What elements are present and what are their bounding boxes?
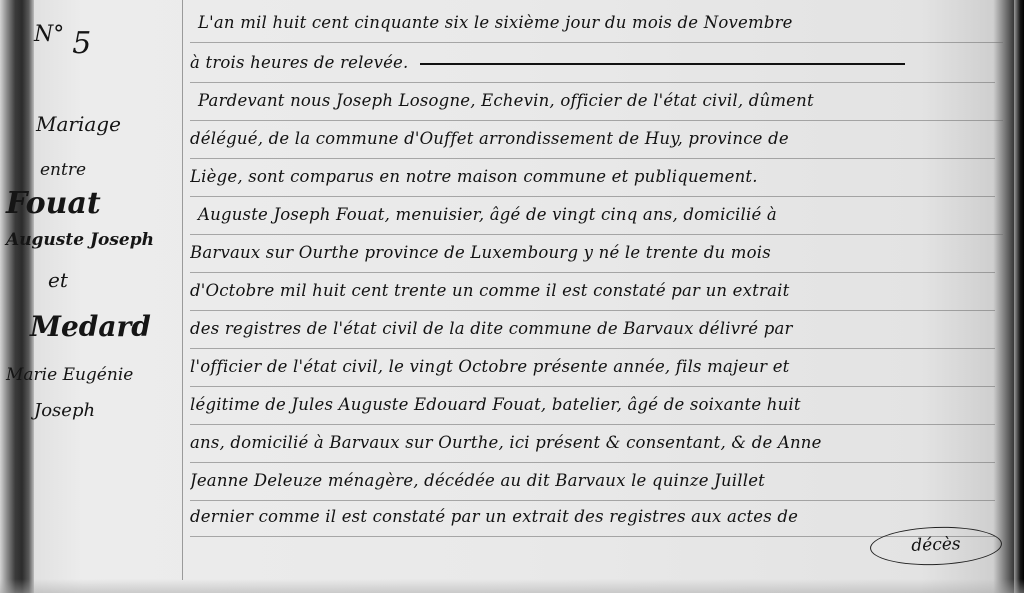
- margin-column: N°5 Mariage entre Fouat Auguste Joseph e…: [0, 0, 180, 593]
- margin-rule-line: [182, 0, 183, 580]
- document-page: N°5 Mariage entre Fouat Auguste Joseph e…: [0, 0, 1024, 593]
- record-line-9: des registres de l'état civil de la dite…: [190, 312, 995, 349]
- record-line-8: d'Octobre mil huit cent trente un comme …: [190, 274, 995, 311]
- act-number-label: N°: [34, 22, 64, 47]
- record-line-3: Pardevant nous Joseph Losogne, Echevin, …: [190, 84, 1003, 121]
- act-number: N°5: [34, 14, 91, 49]
- line-fill-rule: [420, 63, 905, 65]
- record-line-14: dernier comme il est constaté par un ext…: [190, 500, 995, 537]
- bride-given-names-2: Joseph: [34, 400, 95, 421]
- record-line-11: légitime de Jules Auguste Edouard Fouat,…: [190, 388, 995, 425]
- record-body: L'an mil huit cent cinquante six le sixi…: [190, 0, 1000, 593]
- bride-given-names: Marie Eugénie: [6, 365, 133, 385]
- record-line-12: ans, domicilié à Barvaux sur Ourthe, ici…: [190, 426, 995, 463]
- margin-entre: entre: [40, 160, 86, 180]
- record-line-2-text: à trois heures de relevée.: [190, 53, 408, 72]
- record-line-2: à trois heures de relevée.: [190, 46, 995, 83]
- groom-surname: Fouat: [6, 186, 101, 221]
- record-line-1: L'an mil huit cent cinquante six le sixi…: [190, 6, 1003, 43]
- record-line-5: Liège, sont comparus en notre maison com…: [190, 160, 995, 197]
- record-line-4: délégué, de la commune d'Ouffet arrondis…: [190, 122, 995, 159]
- margin-title-mariage: Mariage: [36, 112, 121, 136]
- record-line-7: Barvaux sur Ourthe province de Luxembour…: [190, 236, 995, 273]
- record-line-10: l'officier de l'état civil, le vingt Oct…: [190, 350, 995, 387]
- bride-surname: Medard: [30, 310, 151, 343]
- record-line-6: Auguste Joseph Fouat, menuisier, âgé de …: [190, 198, 1003, 235]
- margin-et: et: [48, 268, 68, 292]
- page-right-edge: [1014, 0, 1024, 593]
- record-line-13: Jeanne Deleuze ménagère, décédée au dit …: [190, 464, 995, 501]
- act-number-value: 5: [72, 26, 91, 61]
- groom-given-names: Auguste Joseph: [6, 230, 154, 250]
